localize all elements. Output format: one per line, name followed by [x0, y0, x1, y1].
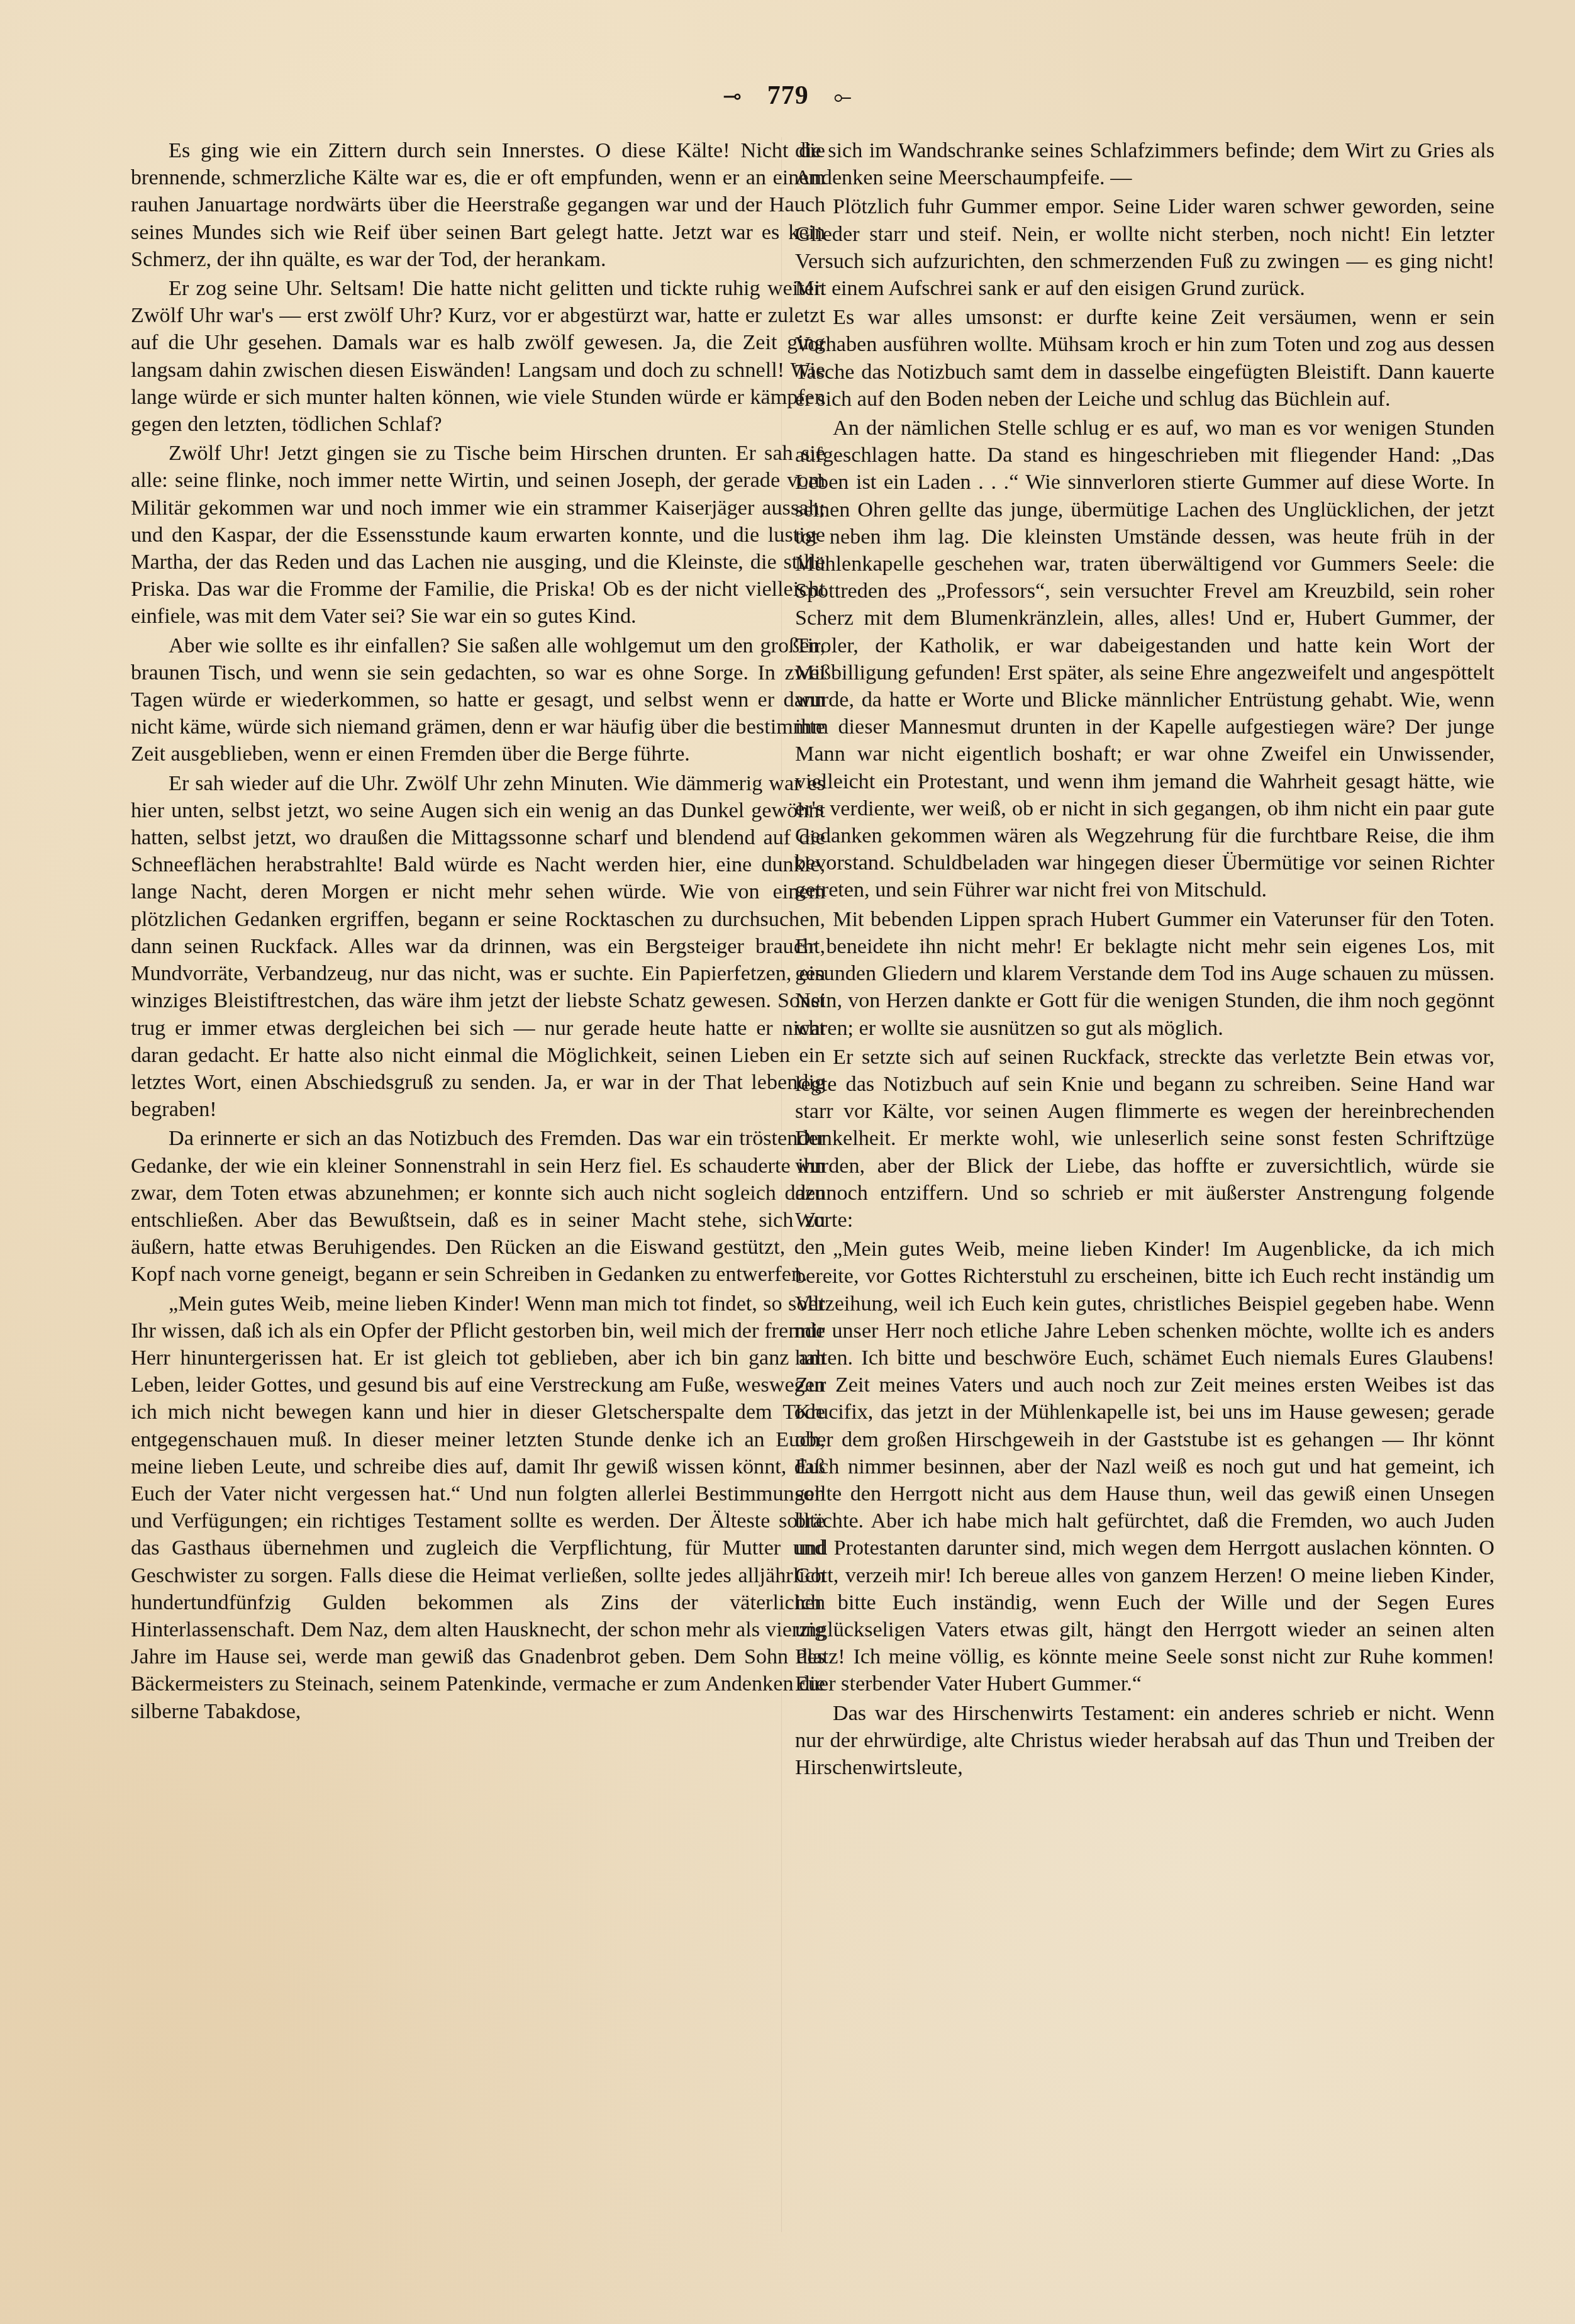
paragraph: „Mein gutes Weib, meine lieben Kinder! W… [131, 1290, 825, 1725]
paragraph: Plötzlich fuhr Gummer empor. Seine Lider… [795, 193, 1494, 302]
page-header: ⊸ 779 ⟜ [0, 81, 1575, 111]
paragraph: Er zog seine Uhr. Seltsam! Die hatte nic… [131, 275, 825, 438]
paragraph: Es ging wie ein Zittern durch sein Inner… [131, 137, 825, 273]
paragraph: Das war des Hirschenwirts Testament: ein… [795, 1700, 1494, 1782]
paragraph: Es war alles umsonst: er durfte keine Ze… [795, 304, 1494, 413]
ornament-right-icon: ⟜ [833, 84, 852, 109]
paragraph: Mit bebenden Lippen sprach Hubert Gummer… [795, 906, 1494, 1042]
paragraph: Aber wie sollte es ihr einfallen? Sie sa… [131, 632, 825, 768]
paragraph: die sich im Wandschranke seines Schlafzi… [795, 137, 1494, 191]
paragraph: An der nämlichen Stelle schlug er es auf… [795, 415, 1494, 904]
paragraph: Er sah wieder auf die Uhr. Zwölf Uhr zeh… [131, 770, 825, 1124]
paragraph: „Mein gutes Weib, meine lieben Kinder! I… [795, 1236, 1494, 1697]
paragraph: Er setzte sich auf seinen Ruckfack, stre… [795, 1044, 1494, 1234]
paragraph: Da erinnerte er sich an das Notizbuch de… [131, 1125, 825, 1288]
left-column: Es ging wie ein Zittern durch sein Inner… [131, 137, 825, 1725]
paragraph: Zwölf Uhr! Jetzt gingen sie zu Tische be… [131, 440, 825, 630]
page-number: 779 [767, 81, 809, 110]
right-column: die sich im Wandschranke seines Schlafzi… [795, 137, 1494, 1781]
ornament-left-icon: ⊸ [723, 84, 742, 109]
